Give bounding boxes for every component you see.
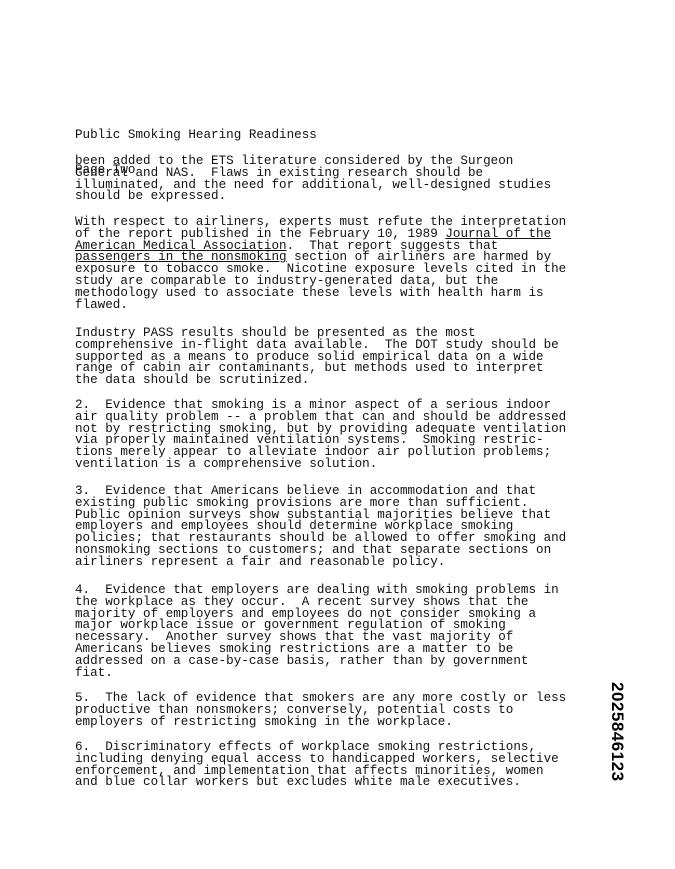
text-line: addressed on a case-by-case basis, rathe… [75, 656, 595, 668]
text-line: the data should be scrutinized. [75, 375, 595, 387]
text-segment: flawed. [75, 298, 128, 312]
text-line: methodology used to associate these leve… [75, 288, 595, 300]
text-segment: methodology used to associate these leve… [75, 286, 544, 300]
text-segment: employers of restricting smoking in the … [75, 715, 453, 729]
item-6-discrimination: 6. Discriminatory effects of workplace s… [75, 742, 595, 789]
item-5-costs: 5. The lack of evidence that smokers are… [75, 693, 595, 728]
text-line: should be expressed. [75, 191, 595, 203]
item-4-employers: 4. Evidence that employers are dealing w… [75, 585, 595, 679]
text-line: ventilation is a comprehensive solution. [75, 459, 595, 471]
paragraph-airliners: With respect to airliners, experts must … [75, 217, 595, 311]
document-title: Public Smoking Hearing Readiness [75, 130, 595, 142]
paragraph-industry-pass: Industry PASS results should be presente… [75, 328, 595, 387]
text-line: airliners represent a fair and reasonabl… [75, 557, 595, 569]
text-segment: should be expressed. [75, 189, 226, 203]
paragraph-ets-literature: been added to the ETS literature conside… [75, 156, 595, 203]
text-line: flawed. [75, 300, 595, 312]
item-2-indoor-air-quality: 2. Evidence that smoking is a minor aspe… [75, 400, 595, 471]
text-segment: the data should be scrutinized. [75, 373, 309, 387]
text-segment: addressed on a case-by-case basis, rathe… [75, 654, 528, 668]
text-line: fiat. [75, 668, 595, 680]
bates-number: 2025846123 [605, 682, 629, 802]
text-segment: fiat. [75, 666, 113, 680]
text-segment: airliners represent a fair and reasonabl… [75, 555, 445, 569]
text-segment: and blue collar workers but excludes whi… [75, 775, 521, 789]
text-segment: ventilation is a comprehensive solution. [75, 457, 377, 471]
text-line: employers of restricting smoking in the … [75, 717, 595, 729]
text-line: and blue collar workers but excludes whi… [75, 777, 595, 789]
item-3-accommodation: 3. Evidence that Americans believe in ac… [75, 486, 595, 569]
document-page: Public Smoking Hearing Readiness Page Tw… [0, 0, 675, 869]
